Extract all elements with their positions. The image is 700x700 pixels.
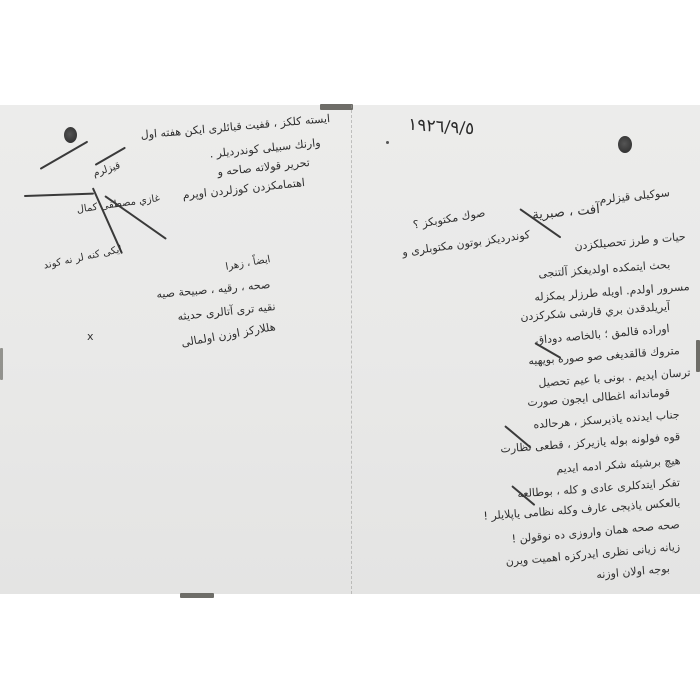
edge-shadow-left [0, 348, 3, 380]
seal-stamp-icon [64, 127, 77, 143]
binder-clip-bottom [180, 593, 214, 598]
page-fold-line [351, 105, 352, 594]
scan-stage: ١٩٢٦/٩/٥ سوكيلى قيزلرم آفت ، صبرية صوك م… [0, 0, 700, 700]
cross-mark: x [87, 330, 94, 343]
binder-clip-right [696, 340, 700, 372]
seal-stamp-icon [618, 136, 632, 153]
ink-dot [386, 141, 389, 144]
binder-clip-top [320, 104, 353, 110]
